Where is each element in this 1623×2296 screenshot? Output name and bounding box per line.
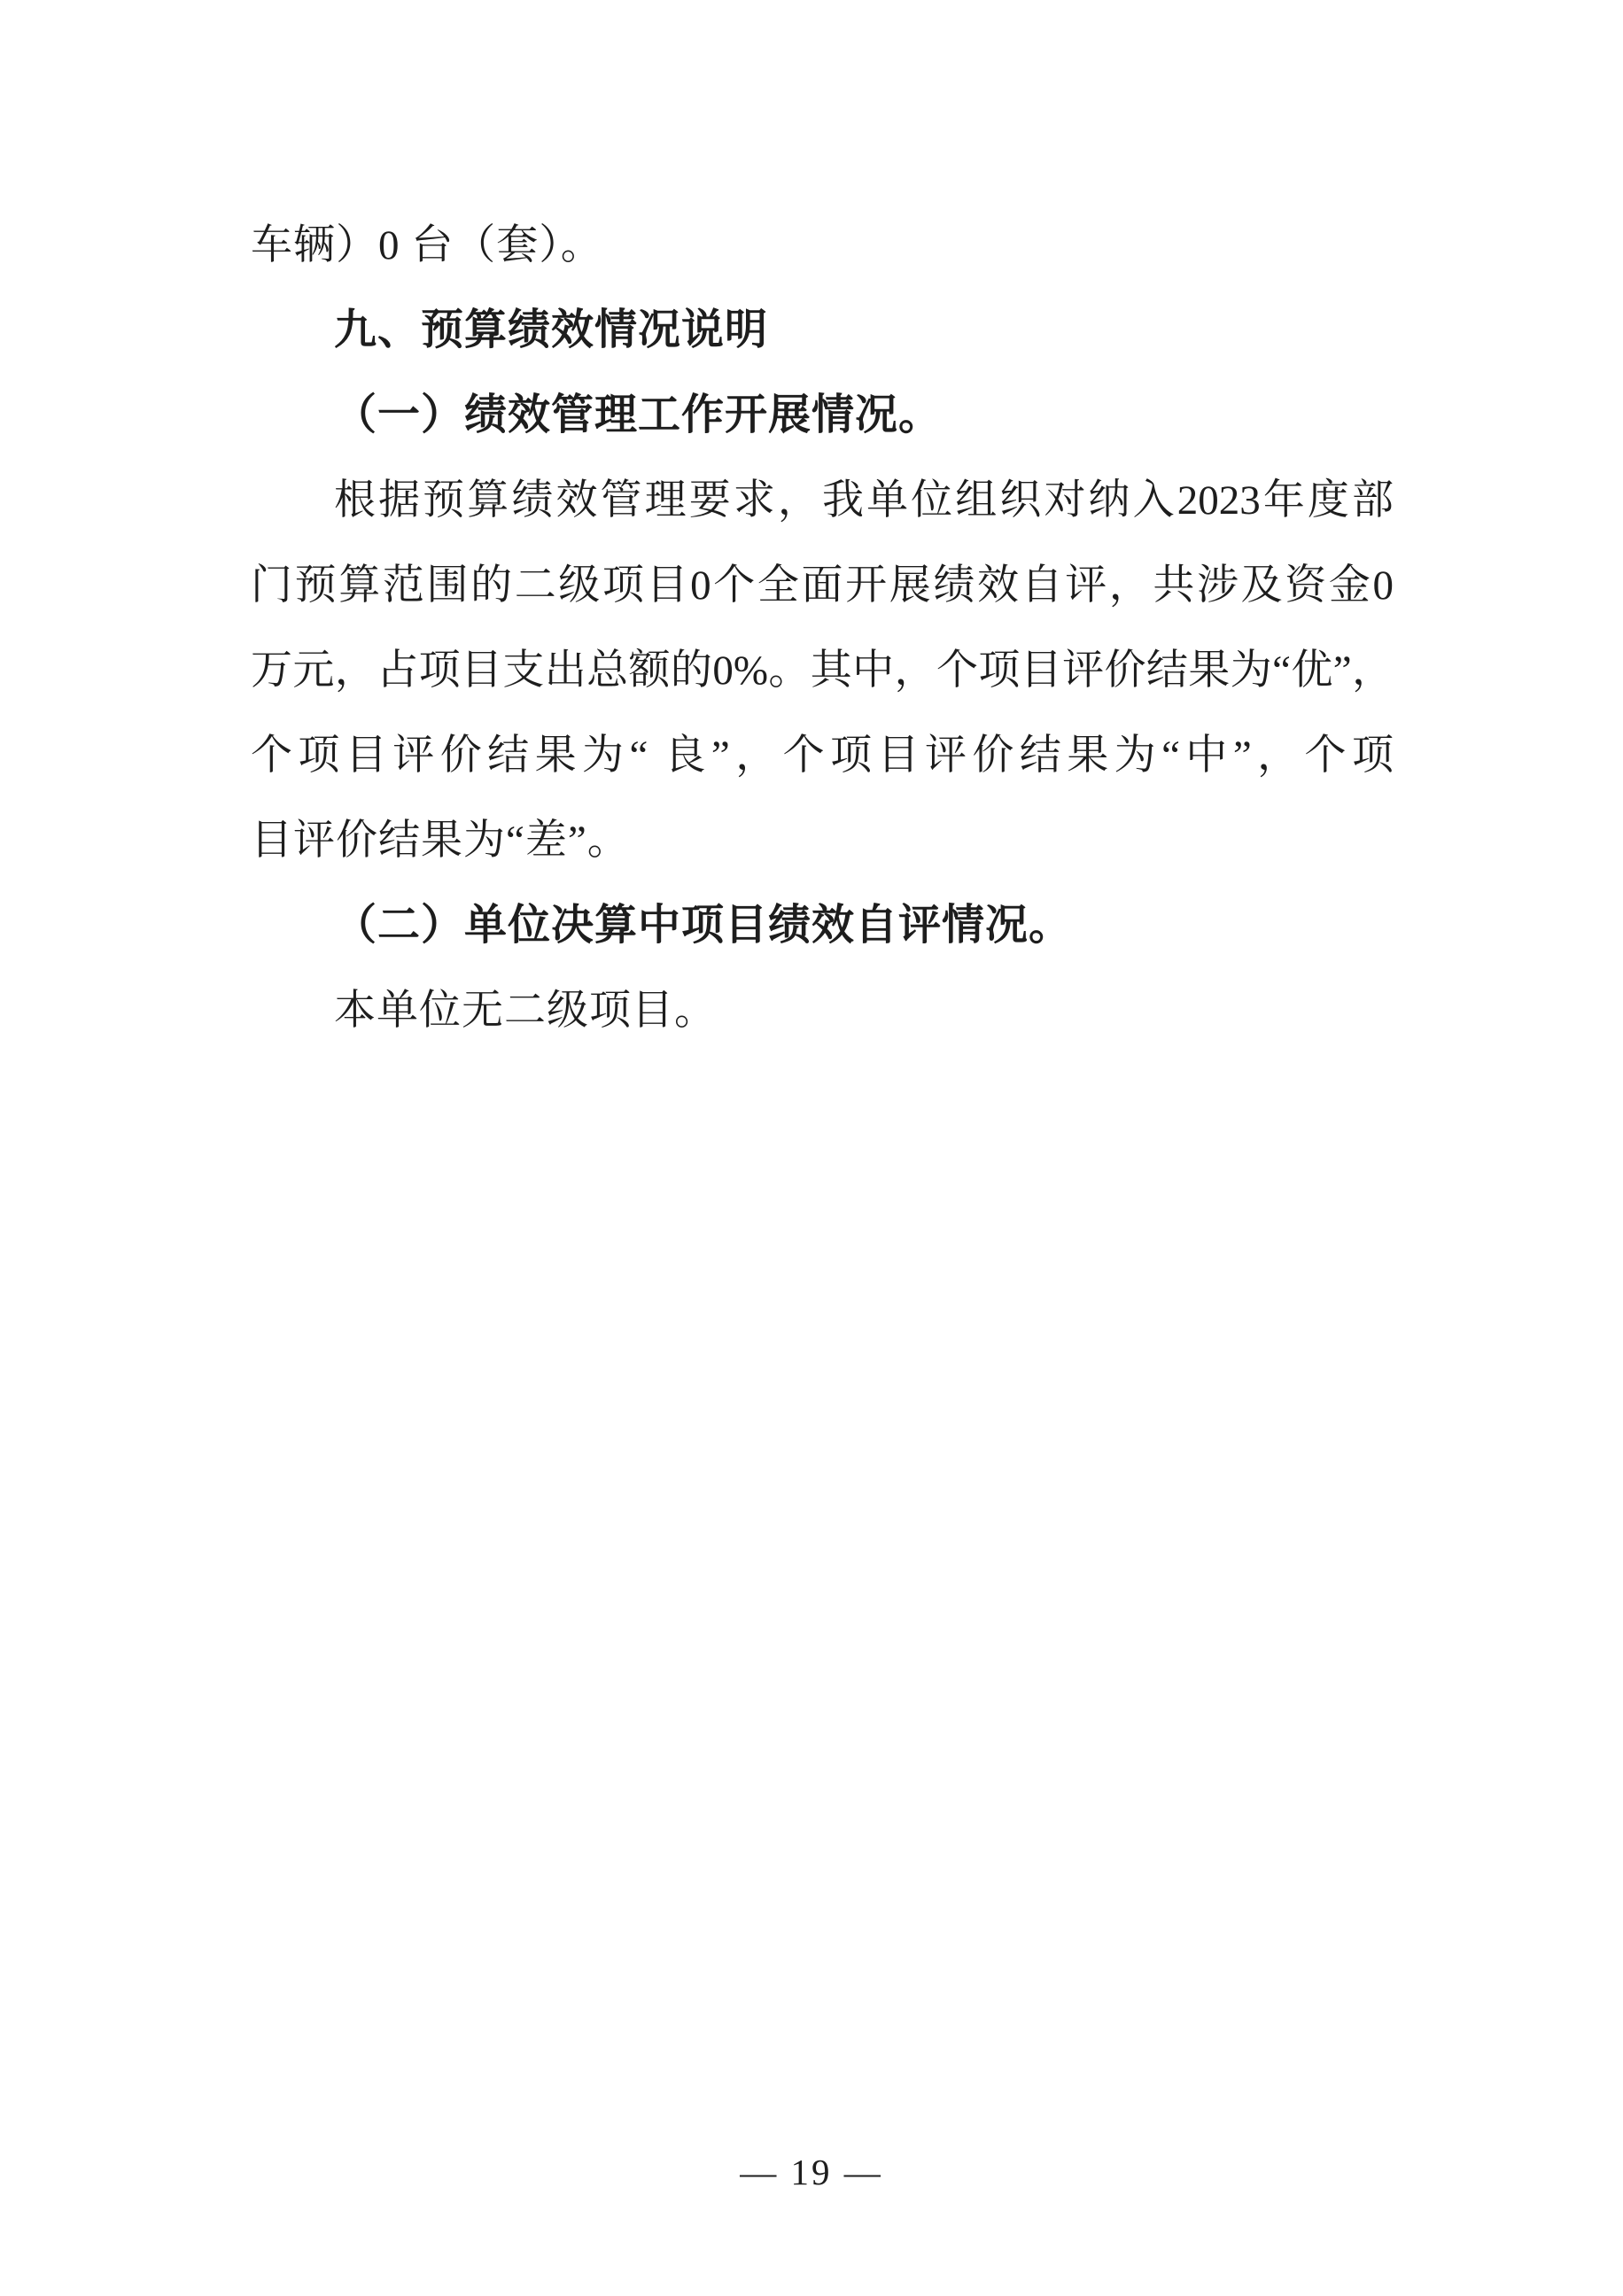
paragraph-performance-line-3: 万元，占项目支出总额的0%。其中，个项目评价结果为“优”， [251,628,1394,713]
document-content: 车辆）0 台（套）。 九、预算绩效情况说明 （一）绩效管理工作开展情况。 根据预… [251,203,1394,1053]
paragraph-no-secondary-projects: 本单位无二级项目。 [251,968,1394,1053]
paragraph-performance-line-4: 个项目评价结果为“ 良”，个项目评价结果为“中”，个项 [251,713,1394,798]
body-line-vehicles-count: 车辆）0 台（套）。 [251,203,1394,288]
document-page: 车辆）0 台（套）。 九、预算绩效情况说明 （一）绩效管理工作开展情况。 根据预… [0,0,1623,2296]
page-footer: — 19 — [0,2151,1623,2193]
heading-subsection-two: （二）单位决算中项目绩效自评情况。 [251,883,1394,968]
paragraph-performance-line-5: 目评价结果为“差”。 [251,798,1394,883]
heading-subsection-one: （一）绩效管理工作开展情况。 [251,373,1394,458]
paragraph-performance-line-1: 根据预算绩效管理要求，我单位组织对纳入2023年度部 [251,458,1394,543]
page-number: — 19 — [740,2152,883,2192]
paragraph-performance-line-2: 门预算范围的二级项目0个全面开展绩效自评，共涉及资金0 [251,543,1394,628]
heading-section-nine: 九、预算绩效情况说明 [251,288,1394,373]
